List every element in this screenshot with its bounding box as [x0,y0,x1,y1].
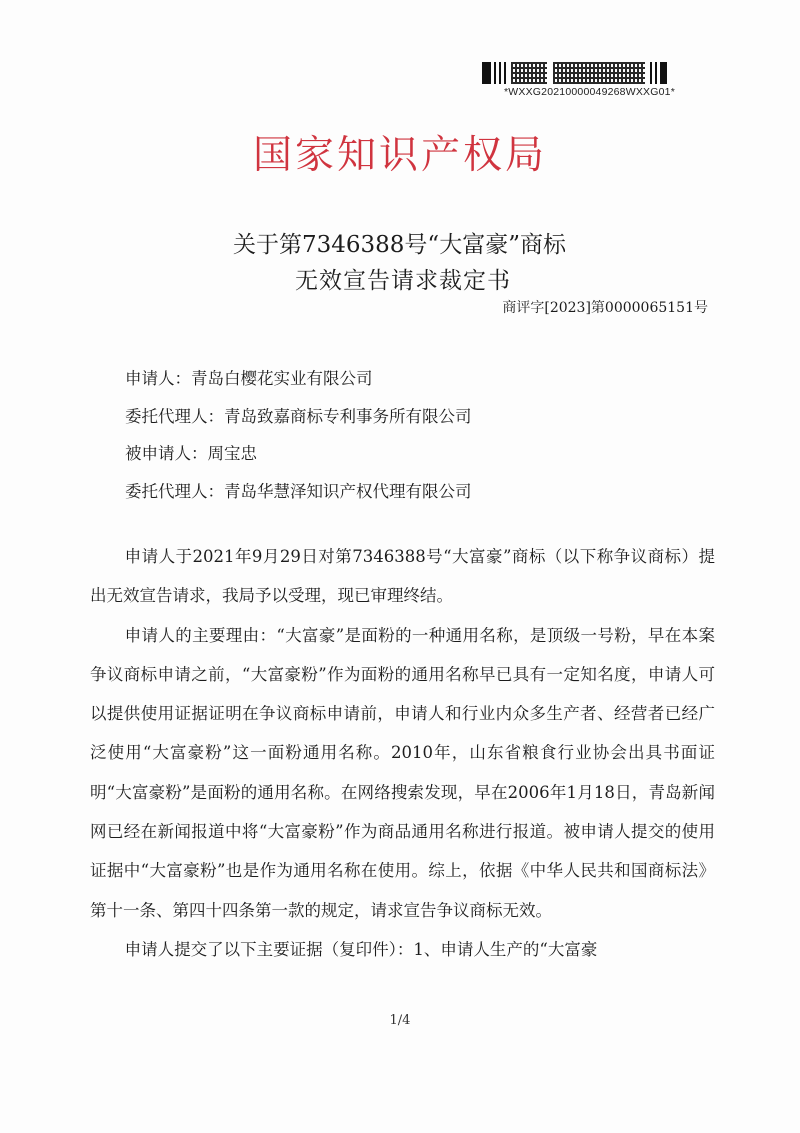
party-value: 青岛致嘉商标专利事务所有限公司 [224,407,472,426]
party-applicant-agent: 委托代理人：青岛致嘉商标专利事务所有限公司 [125,398,472,436]
reference-number: 商评字[2023]第0000065151号 [502,297,708,317]
party-value: 周宝忠 [208,444,258,463]
barcode: *WXXG20210000049268WXXG01* [482,62,702,98]
party-respondent: 被申请人：周宝忠 [125,435,472,473]
document-body: 申请人于2021年9月29日对第7346388号“大富豪”商标（以下称争议商标）… [90,537,715,969]
document-page: *WXXG20210000049268WXXG01* 国家知识产权局 关于第73… [0,0,800,1133]
barcode-text: *WXXG20210000049268WXXG01* [504,86,702,98]
paragraph-evidence: 申请人提交了以下主要证据（复印件）：1、申请人生产的“大富豪 [90,930,715,969]
paragraph-applicant-reasons: 申请人的主要理由：“大富豪”是面粉的一种通用名称，是顶级一号粉，早在本案争议商标… [90,616,715,930]
document-title-line-2: 无效宣告请求裁定书 [295,262,511,295]
parties-list: 申请人：青岛白樱花实业有限公司 委托代理人：青岛致嘉商标专利事务所有限公司 被申… [125,360,472,510]
agency-header: 国家知识产权局 [0,124,800,180]
party-applicant: 申请人：青岛白樱花实业有限公司 [125,360,472,398]
party-label: 委托代理人： [125,407,224,426]
party-label: 被申请人： [125,444,208,463]
party-label: 申请人： [125,369,191,388]
document-title-line-1: 关于第7346388号“大富豪”商标 [233,226,566,259]
party-value: 青岛白樱花实业有限公司 [191,369,373,388]
party-respondent-agent: 委托代理人：青岛华慧泽知识产权代理有限公司 [125,473,472,511]
paragraph-intro: 申请人于2021年9月29日对第7346388号“大富豪”商标（以下称争议商标）… [90,537,715,616]
page-number: 1/4 [0,1013,800,1028]
party-label: 委托代理人： [125,482,224,501]
party-value: 青岛华慧泽知识产权代理有限公司 [224,482,472,501]
barcode-graphic [482,62,702,84]
